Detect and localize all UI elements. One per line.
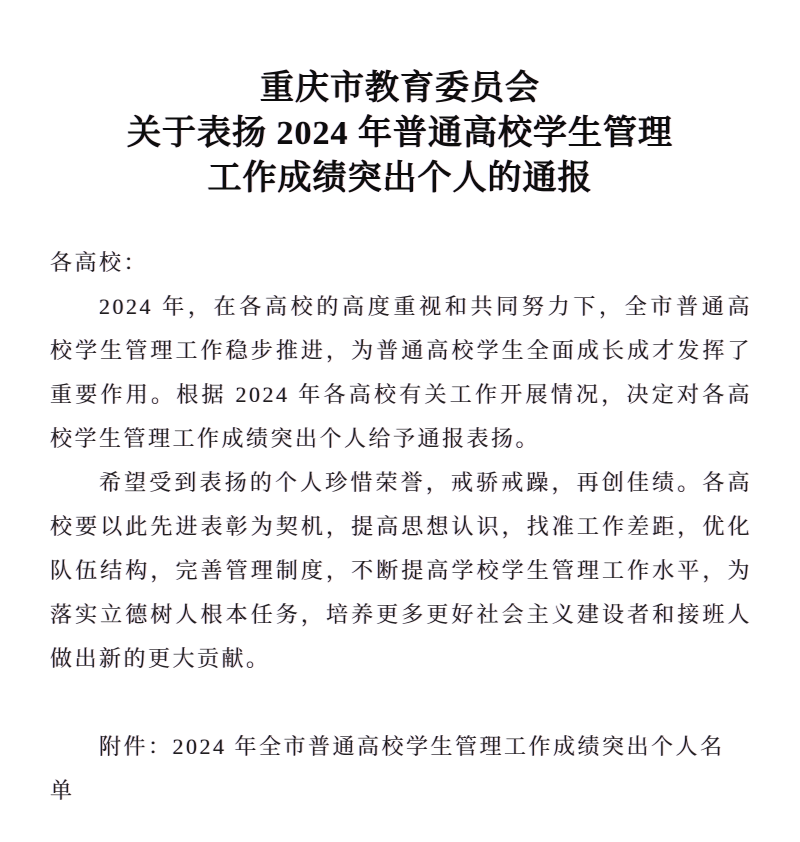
text-line: 重要作用。根据 2024 年各高校有关工作开展情况，决定对各高 — [50, 373, 752, 417]
text-line: 校学生管理工作成绩突出个人给予通报表扬。 — [50, 417, 752, 461]
text-line: 单 — [50, 769, 752, 813]
document-title: 重庆市教育委员会关于表扬 2024 年普通高校学生管理工作成绩突出个人的通报 — [0, 66, 800, 201]
text-line: 校要以此先进表彰为契机，提高思想认识，找准工作差距，优化 — [50, 505, 752, 549]
salutation: 各高校： — [50, 241, 752, 285]
text-line: 校学生管理工作稳步推进，为普通高校学生全面成长成才发挥了 — [50, 329, 752, 373]
paragraph-2: 希望受到表扬的个人珍惜荣誉，戒骄戒躁，再创佳绩。各高校要以此先进表彰为契机，提高… — [50, 461, 752, 681]
text-line: 附件：2024 年全市普通高校学生管理工作成绩突出个人名 — [50, 725, 752, 769]
title-line: 关于表扬 2024 年普通高校学生管理 — [0, 111, 800, 156]
text-line: 做出新的更大贡献。 — [50, 637, 752, 681]
attachment-note: 附件：2024 年全市普通高校学生管理工作成绩突出个人名单 — [50, 725, 752, 813]
text-line: 各高校： — [50, 241, 752, 285]
text-line: 队伍结构，完善管理制度，不断提高学校学生管理工作水平，为 — [50, 549, 752, 593]
text-line: 2024 年，在各高校的高度重视和共同努力下，全市普通高 — [50, 285, 752, 329]
document-body: 各高校：2024 年，在各高校的高度重视和共同努力下，全市普通高校学生管理工作稳… — [50, 241, 752, 813]
title-line: 重庆市教育委员会 — [0, 66, 800, 111]
paragraph-1: 2024 年，在各高校的高度重视和共同努力下，全市普通高校学生管理工作稳步推进，… — [50, 285, 752, 461]
title-line: 工作成绩突出个人的通报 — [0, 156, 800, 201]
document-page: 重庆市教育委员会关于表扬 2024 年普通高校学生管理工作成绩突出个人的通报 各… — [0, 0, 800, 842]
text-line: 希望受到表扬的个人珍惜荣誉，戒骄戒躁，再创佳绩。各高 — [50, 461, 752, 505]
text-line: 落实立德树人根本任务，培养更多更好社会主义建设者和接班人 — [50, 593, 752, 637]
